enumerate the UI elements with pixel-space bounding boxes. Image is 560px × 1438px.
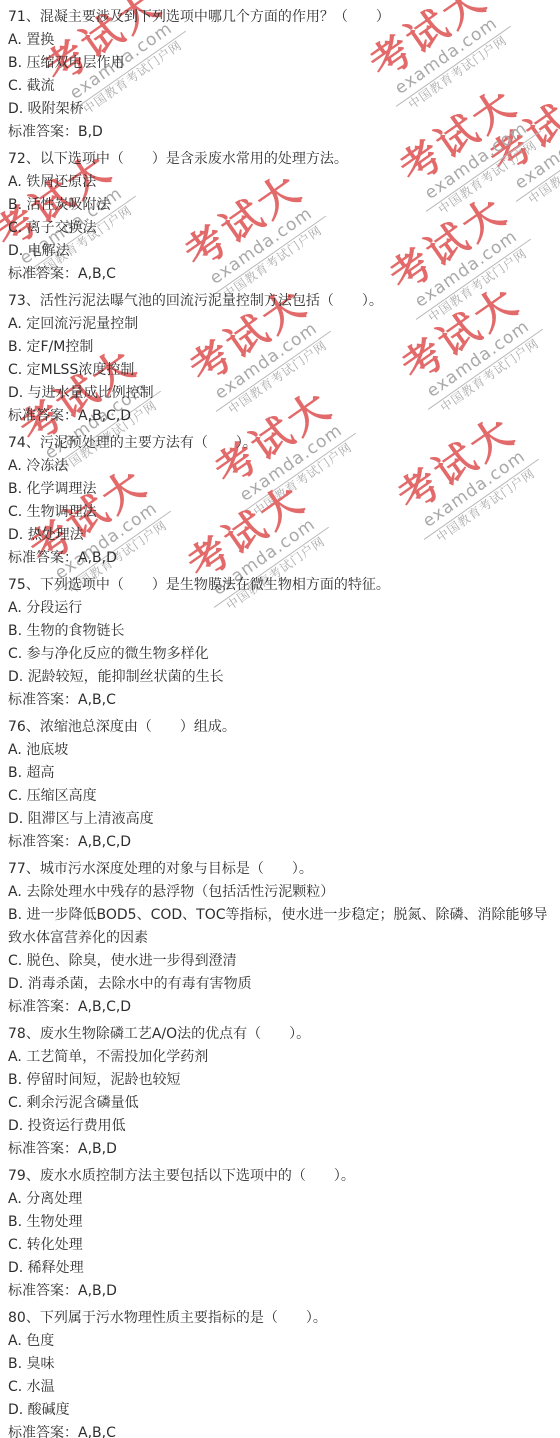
answer-line: 标准答案：A,B,D	[8, 1280, 554, 1303]
option-line: A. 分段运行	[8, 597, 554, 620]
option-line: A. 色度	[8, 1330, 554, 1353]
answer-line: 标准答案：A,B,C,D	[8, 996, 554, 1019]
question-block-77: 77、城市污水深度处理的对象与目标是（ ）。A. 去除处理水中残存的悬浮物（包括…	[8, 858, 554, 1019]
answer-line: 标准答案：A,B,C,D	[8, 831, 554, 854]
answer-line: 标准答案：A,B,C	[8, 689, 554, 712]
answer-value: A,B,D	[78, 1283, 117, 1299]
option-line: C. 脱色、除臭，使水进一步得到澄清	[8, 950, 554, 973]
answer-label: 标准答案：	[8, 550, 78, 566]
answer-value: A,B,C	[78, 1425, 116, 1438]
question-title: 75、下列选项中（ ）是生物膜法在微生物相方面的特征。	[8, 574, 554, 597]
option-line: D. 阻滞区与上清液高度	[8, 808, 554, 831]
option-line: D. 稀释处理	[8, 1257, 554, 1280]
option-line: C. 水温	[8, 1376, 554, 1399]
option-line: B. 生物的食物链长	[8, 620, 554, 643]
option-line: D. 与进水量成比例控制	[8, 382, 554, 405]
question-title: 76、浓缩池总深度由（ ）组成。	[8, 716, 554, 739]
question-block-74: 74、污泥预处理的主要方法有（ ）。A. 冷冻法B. 化学调理法C. 生物调理法…	[8, 432, 554, 570]
option-line: A. 去除处理水中残存的悬浮物（包括活性污泥颗粒）	[8, 881, 554, 904]
option-line: A. 池底坡	[8, 739, 554, 762]
question-title: 79、废水水质控制方法主要包括以下选项中的（ ）。	[8, 1165, 554, 1188]
question-block-72: 72、以下选项中（ ）是含汞废水常用的处理方法。A. 铁屑还原法B. 活性炭吸附…	[8, 148, 554, 286]
option-line: A. 铁屑还原法	[8, 171, 554, 194]
option-line: A. 冷冻法	[8, 455, 554, 478]
answer-label: 标准答案：	[8, 408, 78, 424]
answer-value: A,B,C	[78, 266, 116, 282]
answer-label: 标准答案：	[8, 834, 78, 850]
option-line: C. 定MLSS浓度控制	[8, 359, 554, 382]
answer-line: 标准答案：B,D	[8, 121, 554, 144]
option-line: A. 置换	[8, 29, 554, 52]
option-line: C. 生物调理法	[8, 501, 554, 524]
question-block-71: 71、混凝主要涉及到下列选项中哪几个方面的作用？（ ）A. 置换B. 压缩双电层…	[8, 6, 554, 144]
question-block-76: 76、浓缩池总深度由（ ）组成。A. 池底坡B. 超高C. 压缩区高度D. 阻滞…	[8, 716, 554, 854]
question-title: 71、混凝主要涉及到下列选项中哪几个方面的作用？（ ）	[8, 6, 554, 29]
option-line: C. 截流	[8, 75, 554, 98]
answer-label: 标准答案：	[8, 124, 78, 140]
option-line: B. 定F/M控制	[8, 336, 554, 359]
answer-value: A,B,D	[78, 1141, 117, 1157]
question-title: 73、活性污泥法曝气池的回流污泥量控制方法包括（ ）。	[8, 290, 554, 313]
answer-label: 标准答案：	[8, 1141, 78, 1157]
option-line: C. 压缩区高度	[8, 785, 554, 808]
question-block-80: 80、下列属于污水物理性质主要指标的是（ ）。A. 色度B. 臭味C. 水温D.…	[8, 1307, 554, 1438]
option-line: A. 分离处理	[8, 1188, 554, 1211]
option-line: D. 热处理法	[8, 524, 554, 547]
option-line: B. 进一步降低BOD5、COD、TOC等指标，使水进一步稳定；脱氮、除磷、消除…	[8, 904, 554, 950]
answer-value: A,B,C,D	[78, 999, 131, 1015]
option-line: D. 酸碱度	[8, 1399, 554, 1422]
question-block-75: 75、下列选项中（ ）是生物膜法在微生物相方面的特征。A. 分段运行B. 生物的…	[8, 574, 554, 712]
answer-label: 标准答案：	[8, 266, 78, 282]
option-line: B. 超高	[8, 762, 554, 785]
answer-value: A,B,C	[78, 692, 116, 708]
option-line: C. 参与净化反应的微生物多样化	[8, 643, 554, 666]
option-line: B. 停留时间短，泥龄也较短	[8, 1069, 554, 1092]
option-line: D. 消毒杀菌，去除水中的有毒有害物质	[8, 973, 554, 996]
answer-line: 标准答案：A,B,C	[8, 1422, 554, 1438]
question-title: 72、以下选项中（ ）是含汞废水常用的处理方法。	[8, 148, 554, 171]
option-line: B. 活性炭吸附法	[8, 194, 554, 217]
option-line: A. 定回流污泥量控制	[8, 313, 554, 336]
answer-value: B,D	[78, 124, 103, 140]
option-line: B. 臭味	[8, 1353, 554, 1376]
option-line: A. 工艺简单，不需投加化学药剂	[8, 1046, 554, 1069]
answer-value: A,B,D	[78, 550, 117, 566]
question-title: 80、下列属于污水物理性质主要指标的是（ ）。	[8, 1307, 554, 1330]
answer-label: 标准答案：	[8, 1283, 78, 1299]
answer-line: 标准答案：A,B,C	[8, 263, 554, 286]
option-line: C. 离子交换法	[8, 217, 554, 240]
question-list: 71、混凝主要涉及到下列选项中哪几个方面的作用？（ ）A. 置换B. 压缩双电层…	[0, 0, 560, 1438]
answer-line: 标准答案：A,B,D	[8, 1138, 554, 1161]
option-line: D. 吸附架桥	[8, 98, 554, 121]
answer-label: 标准答案：	[8, 692, 78, 708]
option-line: D. 投资运行费用低	[8, 1115, 554, 1138]
option-line: C. 转化处理	[8, 1234, 554, 1257]
option-line: B. 化学调理法	[8, 478, 554, 501]
answer-line: 标准答案：A,B,D	[8, 547, 554, 570]
option-line: B. 压缩双电层作用	[8, 52, 554, 75]
option-line: C. 剩余污泥含磷量低	[8, 1092, 554, 1115]
answer-label: 标准答案：	[8, 999, 78, 1015]
question-title: 74、污泥预处理的主要方法有（ ）。	[8, 432, 554, 455]
question-block-79: 79、废水水质控制方法主要包括以下选项中的（ ）。A. 分离处理B. 生物处理C…	[8, 1165, 554, 1303]
option-line: B. 生物处理	[8, 1211, 554, 1234]
question-title: 77、城市污水深度处理的对象与目标是（ ）。	[8, 858, 554, 881]
answer-line: 标准答案：A,B,C,D	[8, 405, 554, 428]
answer-value: A,B,C,D	[78, 408, 131, 424]
answer-label: 标准答案：	[8, 1425, 78, 1438]
question-block-73: 73、活性污泥法曝气池的回流污泥量控制方法包括（ ）。A. 定回流污泥量控制B.…	[8, 290, 554, 428]
option-line: D. 电解法	[8, 240, 554, 263]
option-line: D. 泥龄较短，能抑制丝状菌的生长	[8, 666, 554, 689]
question-title: 78、废水生物除磷工艺A/O法的优点有（ ）。	[8, 1023, 554, 1046]
answer-value: A,B,C,D	[78, 834, 131, 850]
question-block-78: 78、废水生物除磷工艺A/O法的优点有（ ）。A. 工艺简单，不需投加化学药剂B…	[8, 1023, 554, 1161]
